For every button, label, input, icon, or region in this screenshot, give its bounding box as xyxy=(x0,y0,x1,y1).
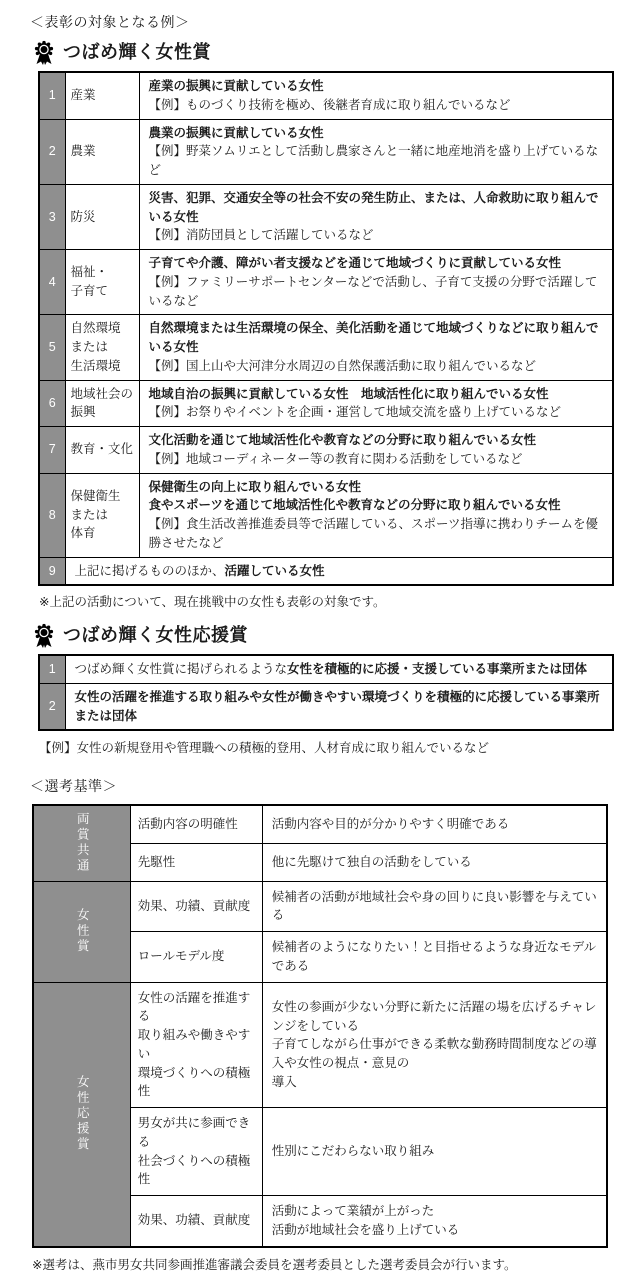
row-category: 教育・文化 xyxy=(65,427,139,474)
row-content: 女性の活躍を推進する取り組みや女性が働きやすい環境づくりを積極的に応援している事… xyxy=(65,683,613,730)
row-example-text: 【例】食生活改善推進委員等で活躍している、スポーツ指導に携わりチームを優勝させた… xyxy=(149,515,604,553)
award2-title: つばめ輝く女性応援賞 xyxy=(63,622,248,649)
award1-note: ※上記の活動について、現在挑戦中の女性も表彰の対象です。 xyxy=(39,593,606,612)
rosette-medal-icon xyxy=(32,40,56,66)
criteria-note: ※選考は、燕市男女共同参画推進審議会委員を選考委員とした選考委員会が行います。 xyxy=(32,1256,606,1275)
row-content: 災害、犯罪、交通安全等の社会不安の発生防止、または、人命救助に取り組んでいる女性… xyxy=(139,184,613,249)
table-row: 9 上記に掲げるもののほか、活躍している女性 xyxy=(39,557,613,585)
row-category: 産業 xyxy=(65,72,139,119)
criteria-table: 両賞共通 活動内容の明確性 活動内容や目的が分かりやすく明確である 先駆性 他に… xyxy=(32,804,608,1248)
row-number: 1 xyxy=(39,72,65,119)
award2-table: 1 つばめ輝く女性賞に掲げられるような女性を積極的に応援・支援している事業所また… xyxy=(38,654,614,731)
table-row: 女性賞 効果、功績、貢献度 候補者の活動が地域社会や身の回りに良い影響を与えてい… xyxy=(33,881,607,932)
row-target-text: 文化活動を通じて地域活性化や教育などの分野に取り組んでいる女性 xyxy=(149,431,604,450)
row-number: 1 xyxy=(39,655,65,683)
row-content: 産業の振興に貢献している女性 【例】ものづくり技術を極め、後継者育成に取り組んで… xyxy=(139,72,613,119)
row-target-text: 保健衛生の向上に取り組んでいる女性 食やスポーツを通じて地域活性化や教育などの分… xyxy=(149,478,604,516)
award1-title: つばめ輝く女性賞 xyxy=(63,39,211,66)
row-example-text: 【例】国上山や大河津分水周辺の自然保護活動に取り組んでいるなど xyxy=(149,357,604,376)
row-text-bold: 活躍している女性 xyxy=(225,564,325,578)
row-content: 自然環境または生活環境の保全、美化活動を通じて地域づくりなどに取り組んでいる女性… xyxy=(139,315,613,380)
criterion-name: 先駆性 xyxy=(130,843,262,881)
row-content: 農業の振興に貢献している女性 【例】野菜ソムリエとして活動し農家さんと一緒に地産… xyxy=(139,119,613,184)
row-target-text: 産業の振興に貢献している女性 xyxy=(149,77,604,96)
row-category: 地域社会の 振興 xyxy=(65,380,139,427)
row-category: 自然環境 または 生活環境 xyxy=(65,315,139,380)
row-text-regular: つばめ輝く女性賞に掲げられるような xyxy=(75,662,288,676)
row-category: 農業 xyxy=(65,119,139,184)
criteria-group-label: 女性賞 xyxy=(33,881,130,982)
row-content: 子育てや介護、障がい者支援などを通じて地域づくりに貢献している女性 【例】ファミ… xyxy=(139,250,613,315)
table-row: 2 女性の活躍を推進する取り組みや女性が働きやすい環境づくりを積極的に応援してい… xyxy=(39,683,613,730)
criteria-group-label: 両賞共通 xyxy=(33,805,130,881)
row-content: 地域自治の振興に貢献している女性 地域活性化に取り組んでいる女性 【例】お祭りや… xyxy=(139,380,613,427)
table-row: 7 教育・文化 文化活動を通じて地域活性化や教育などの分野に取り組んでいる女性 … xyxy=(39,427,613,474)
row-content: つばめ輝く女性賞に掲げられるような女性を積極的に応援・支援している事業所または団… xyxy=(65,655,613,683)
row-text-bold: 女性の活躍を推進する取り組みや女性が働きやすい環境づくりを積極的に応援している事… xyxy=(75,690,600,723)
criterion-description: 活動内容や目的が分かりやすく明確である xyxy=(262,805,607,843)
criterion-description: 性別にこだわらない取り組み xyxy=(262,1108,607,1196)
award2-section-header: つばめ輝く女性応援賞 xyxy=(32,622,606,649)
row-content: 文化活動を通じて地域活性化や教育などの分野に取り組んでいる女性 【例】地域コーデ… xyxy=(139,427,613,474)
row-target-text: 災害、犯罪、交通安全等の社会不安の発生防止、または、人命救助に取り組んでいる女性 xyxy=(149,189,604,227)
row-number: 6 xyxy=(39,380,65,427)
criterion-description: 活動によって業績が上がった 活動が地域社会を盛り上げている xyxy=(262,1196,607,1247)
criterion-name: 男女が共に参画できる 社会づくりへの積極性 xyxy=(130,1108,262,1196)
row-category: 防災 xyxy=(65,184,139,249)
table-row: 2 農業 農業の振興に貢献している女性 【例】野菜ソムリエとして活動し農家さんと… xyxy=(39,119,613,184)
criterion-name: 効果、功績、貢献度 xyxy=(130,881,262,932)
row-number: 7 xyxy=(39,427,65,474)
table-row: 8 保健衛生 または 体育 保健衛生の向上に取り組んでいる女性 食やスポーツを通… xyxy=(39,473,613,557)
row-number: 9 xyxy=(39,557,65,585)
criterion-name: 活動内容の明確性 xyxy=(130,805,262,843)
row-number: 4 xyxy=(39,250,65,315)
table-row: 女性応援賞 女性の活躍を推進する 取り組みや働きやすい 環境づくりへの積極性 女… xyxy=(33,982,607,1108)
row-example-text: 【例】野菜ソムリエとして活動し農家さんと一緒に地産地消を盛り上げているなど xyxy=(149,142,604,180)
row-text-regular: 上記に掲げるもののほか、 xyxy=(75,564,225,578)
award1-section-header: つばめ輝く女性賞 xyxy=(32,39,606,66)
row-example-text: 【例】ファミリーサポートセンターなどで活動し、子育て支援の分野で活躍しているなど xyxy=(149,273,604,311)
award1-table: 1 産業 産業の振興に貢献している女性 【例】ものづくり技術を極め、後継者育成に… xyxy=(38,71,614,586)
table-row: 6 地域社会の 振興 地域自治の振興に貢献している女性 地域活性化に取り組んでい… xyxy=(39,380,613,427)
row-example-text: 【例】お祭りやイベントを企画・運営して地域交流を盛り上げているなど xyxy=(149,403,604,422)
table-row: 3 防災 災害、犯罪、交通安全等の社会不安の発生防止、または、人命救助に取り組ん… xyxy=(39,184,613,249)
row-category: 保健衛生 または 体育 xyxy=(65,473,139,557)
row-text-bold: 女性を積極的に応援・支援している事業所または団体 xyxy=(287,662,587,676)
row-target-text: 子育てや介護、障がい者支援などを通じて地域づくりに貢献している女性 xyxy=(149,254,604,273)
row-number: 5 xyxy=(39,315,65,380)
table-row: 5 自然環境 または 生活環境 自然環境または生活環境の保全、美化活動を通じて地… xyxy=(39,315,613,380)
table-row: 両賞共通 活動内容の明確性 活動内容や目的が分かりやすく明確である xyxy=(33,805,607,843)
criterion-description: 女性の参画が少ない分野に新たに活躍の場を広げるチャレンジをしている 子育てしなが… xyxy=(262,982,607,1108)
row-content: 保健衛生の向上に取り組んでいる女性 食やスポーツを通じて地域活性化や教育などの分… xyxy=(139,473,613,557)
row-target-text: 農業の振興に貢献している女性 xyxy=(149,124,604,143)
criterion-description: 候補者のようになりたい！と目指せるような身近なモデルである xyxy=(262,932,607,983)
criterion-description: 他に先駆けて独自の活動をしている xyxy=(262,843,607,881)
row-number: 8 xyxy=(39,473,65,557)
examples-heading: ＜表彰の対象となる例＞ xyxy=(30,12,606,33)
row-example-text: 【例】ものづくり技術を極め、後継者育成に取り組んでいるなど xyxy=(149,96,604,115)
document-page: { "page": { "examples_heading": "＜表彰の対象と… xyxy=(0,0,640,1284)
row-example-text: 【例】地域コーディネーター等の教育に関わる活動をしているなど xyxy=(149,450,604,469)
table-row: 1 産業 産業の振興に貢献している女性 【例】ものづくり技術を極め、後継者育成に… xyxy=(39,72,613,119)
criteria-group-label: 女性応援賞 xyxy=(33,982,130,1247)
award2-example-note: 【例】女性の新規登用や管理職への積極的登用、人材育成に取り組んでいるなど xyxy=(39,739,606,758)
criteria-heading: ＜選考基準＞ xyxy=(30,776,606,797)
row-content: 上記に掲げるもののほか、活躍している女性 xyxy=(65,557,613,585)
row-number: 3 xyxy=(39,184,65,249)
row-number: 2 xyxy=(39,683,65,730)
row-target-text: 自然環境または生活環境の保全、美化活動を通じて地域づくりなどに取り組んでいる女性 xyxy=(149,319,604,357)
row-target-text: 地域自治の振興に貢献している女性 地域活性化に取り組んでいる女性 xyxy=(149,385,604,404)
table-row: 4 福祉・ 子育て 子育てや介護、障がい者支援などを通じて地域づくりに貢献してい… xyxy=(39,250,613,315)
row-number: 2 xyxy=(39,119,65,184)
rosette-medal-icon xyxy=(32,623,56,649)
criterion-name: 効果、功績、貢献度 xyxy=(130,1196,262,1247)
criterion-name: 女性の活躍を推進する 取り組みや働きやすい 環境づくりへの積極性 xyxy=(130,982,262,1108)
table-row: 1 つばめ輝く女性賞に掲げられるような女性を積極的に応援・支援している事業所また… xyxy=(39,655,613,683)
criterion-name: ロールモデル度 xyxy=(130,932,262,983)
row-example-text: 【例】消防団員として活躍しているなど xyxy=(149,226,604,245)
criterion-description: 候補者の活動が地域社会や身の回りに良い影響を与えている xyxy=(262,881,607,932)
row-category: 福祉・ 子育て xyxy=(65,250,139,315)
